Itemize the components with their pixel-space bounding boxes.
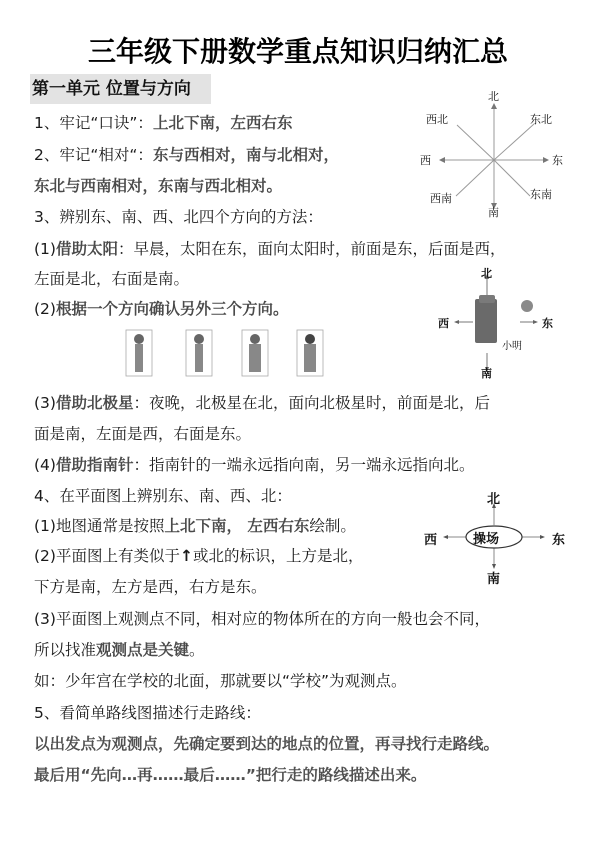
example-line: 如：少年宫在学校的北面，那就要以“学校”为观测点。 bbox=[34, 671, 407, 691]
method-3-label: 借助北极星 bbox=[56, 394, 134, 412]
method-4-label: 借助指南针 bbox=[56, 456, 134, 474]
method-2-num: (2) bbox=[34, 300, 56, 318]
north-arrow-icon: ↑ bbox=[180, 547, 193, 565]
section-1-highlight: 上北下南，左西右东 bbox=[153, 114, 293, 132]
plan-1-highlight: 上北下南， 左西右东 bbox=[164, 517, 309, 535]
section-2-highlight-b: 东北与西南相对，东南与西北相对。 bbox=[34, 177, 282, 195]
plan-1-num: (1) bbox=[34, 517, 56, 535]
plan-2-text-a: 平面图上有类似于 bbox=[56, 547, 180, 565]
compass-label-southeast: 东南 bbox=[530, 186, 552, 202]
plan-3-text-a: 平面图上观测点不同，相对应的物体所在的方向一般也会不同， bbox=[56, 610, 490, 628]
unit-heading: 第一单元 位置与方向 bbox=[30, 74, 211, 104]
compass-label-north: 北 bbox=[488, 88, 499, 104]
method-1-label: 借助太阳 bbox=[56, 240, 118, 258]
method-1-text-a: ：早晨，太阳在东，面向太阳时，前面是东，后面是西， bbox=[118, 240, 506, 258]
plan-3-highlight: 观测点是关键 bbox=[96, 641, 189, 659]
people-orientation-figure bbox=[104, 318, 334, 390]
section-2-line-a: 2、牢记“相对“：东与西相对，南与北相对， bbox=[34, 145, 339, 165]
playground-label-east: 东 bbox=[552, 529, 565, 548]
plan-2-text-b: 或北的标识，上方是北， bbox=[193, 547, 364, 565]
playground-label-north: 北 bbox=[487, 488, 500, 507]
plan-3-line-a: (3)平面图上观测点不同，相对应的物体所在的方向一般也会不同， bbox=[34, 609, 490, 629]
plan-3-num: (3) bbox=[34, 610, 56, 628]
compass-label-northwest: 西北 bbox=[426, 111, 448, 127]
plan-1-text-a: 地图通常是按照 bbox=[56, 517, 165, 535]
sun-fig-label-east: 东 bbox=[542, 315, 553, 331]
compass-label-east: 东 bbox=[552, 152, 563, 168]
compass-label-south: 南 bbox=[488, 204, 499, 220]
page-title: 三年级下册数学重点知识归纳汇总 bbox=[0, 30, 596, 70]
playground-label: 操场 bbox=[473, 528, 499, 547]
method-3-line-b: 面是南，左面是西，右面是东。 bbox=[34, 424, 251, 444]
method-4-text-a: ：指南针的一端永远指向南，另一端永远指向北。 bbox=[133, 456, 474, 474]
playground-direction-figure: 操场 北 南 西 东 bbox=[420, 488, 588, 584]
eight-direction-compass-figure: 北 南 西 东 西北 东北 西南 东南 bbox=[412, 88, 582, 218]
plan-1-line: (1)地图通常是按照上北下南， 左西右东绘制。 bbox=[34, 516, 356, 536]
plan-2-num: (2) bbox=[34, 547, 56, 565]
method-2-label: 根据一个方向确认另外三个方向。 bbox=[56, 300, 289, 318]
section-5-line-b: 最后用“先向…再……最后……”把行走的路线描述出来。 bbox=[34, 765, 426, 785]
method-3-num: (3) bbox=[34, 394, 56, 412]
sun-icon bbox=[521, 300, 533, 312]
section-2-prefix: 2、牢记“相对“： bbox=[34, 146, 153, 164]
sun-fig-person-label: 小明 bbox=[502, 337, 522, 352]
section-1-line: 1、牢记“口诀”：上北下南，左西右东 bbox=[34, 113, 292, 133]
sun-fig-label-west: 西 bbox=[438, 315, 449, 331]
section-4-heading: 4、在平面图上辨别东、南、西、北： bbox=[34, 486, 292, 506]
sun-person-icon bbox=[430, 265, 590, 380]
plan-3-line-b: 所以找准观测点是关键。 bbox=[34, 640, 205, 660]
sun-fig-label-north: 北 bbox=[481, 265, 492, 281]
compass-label-northeast: 东北 bbox=[530, 111, 552, 127]
method-1-line-b: 左面是北，右面是南。 bbox=[34, 269, 189, 289]
sun-direction-figure: 北 南 西 东 小明 bbox=[430, 265, 590, 380]
section-5-heading: 5、看简单路线图描述行走路线： bbox=[34, 703, 261, 723]
method-1-line-a: (1)借助太阳：早晨，太阳在东，面向太阳时，前面是东，后面是西， bbox=[34, 239, 506, 259]
plan-2-line-a: (2)平面图上有类似于↑或北的标识，上方是北， bbox=[34, 546, 364, 566]
plan-2-line-b: 下方是南，左方是西，右方是东。 bbox=[34, 577, 267, 597]
method-3-text-a: ：夜晚，北极星在北，面向北极星时，前面是北，后 bbox=[133, 394, 490, 412]
method-4-num: (4) bbox=[34, 456, 56, 474]
method-1-num: (1) bbox=[34, 240, 56, 258]
section-5-line-a: 以出发点为观测点，先确定要到达的地点的位置，再寻找行走路线。 bbox=[34, 734, 499, 754]
compass-label-west: 西 bbox=[420, 152, 431, 168]
compass-label-southwest: 西南 bbox=[430, 190, 452, 206]
method-3-line-a: (3)借助北极星：夜晚，北极星在北，面向北极星时，前面是北，后 bbox=[34, 393, 490, 413]
section-3-heading: 3、辨别东、南、西、北四个方向的方法： bbox=[34, 207, 323, 227]
method-2-line: (2)根据一个方向确认另外三个方向。 bbox=[34, 299, 288, 319]
plan-3-text-c: 。 bbox=[189, 641, 205, 659]
method-4-line: (4)借助指南针：指南针的一端永远指向南，另一端永远指向北。 bbox=[34, 455, 475, 475]
section-2-highlight-a: 东与西相对，南与北相对， bbox=[153, 146, 339, 164]
people-row-icon bbox=[104, 318, 334, 390]
plan-1-text-b: 绘制。 bbox=[309, 517, 356, 535]
section-2-line-b: 东北与西南相对，东南与西北相对。 bbox=[34, 176, 282, 196]
section-1-prefix: 1、牢记“口诀”： bbox=[34, 114, 153, 132]
playground-label-south: 南 bbox=[487, 568, 500, 587]
sun-fig-label-south: 南 bbox=[481, 365, 492, 381]
plan-3-text-b: 所以找准 bbox=[34, 641, 96, 659]
playground-label-west: 西 bbox=[424, 529, 437, 548]
